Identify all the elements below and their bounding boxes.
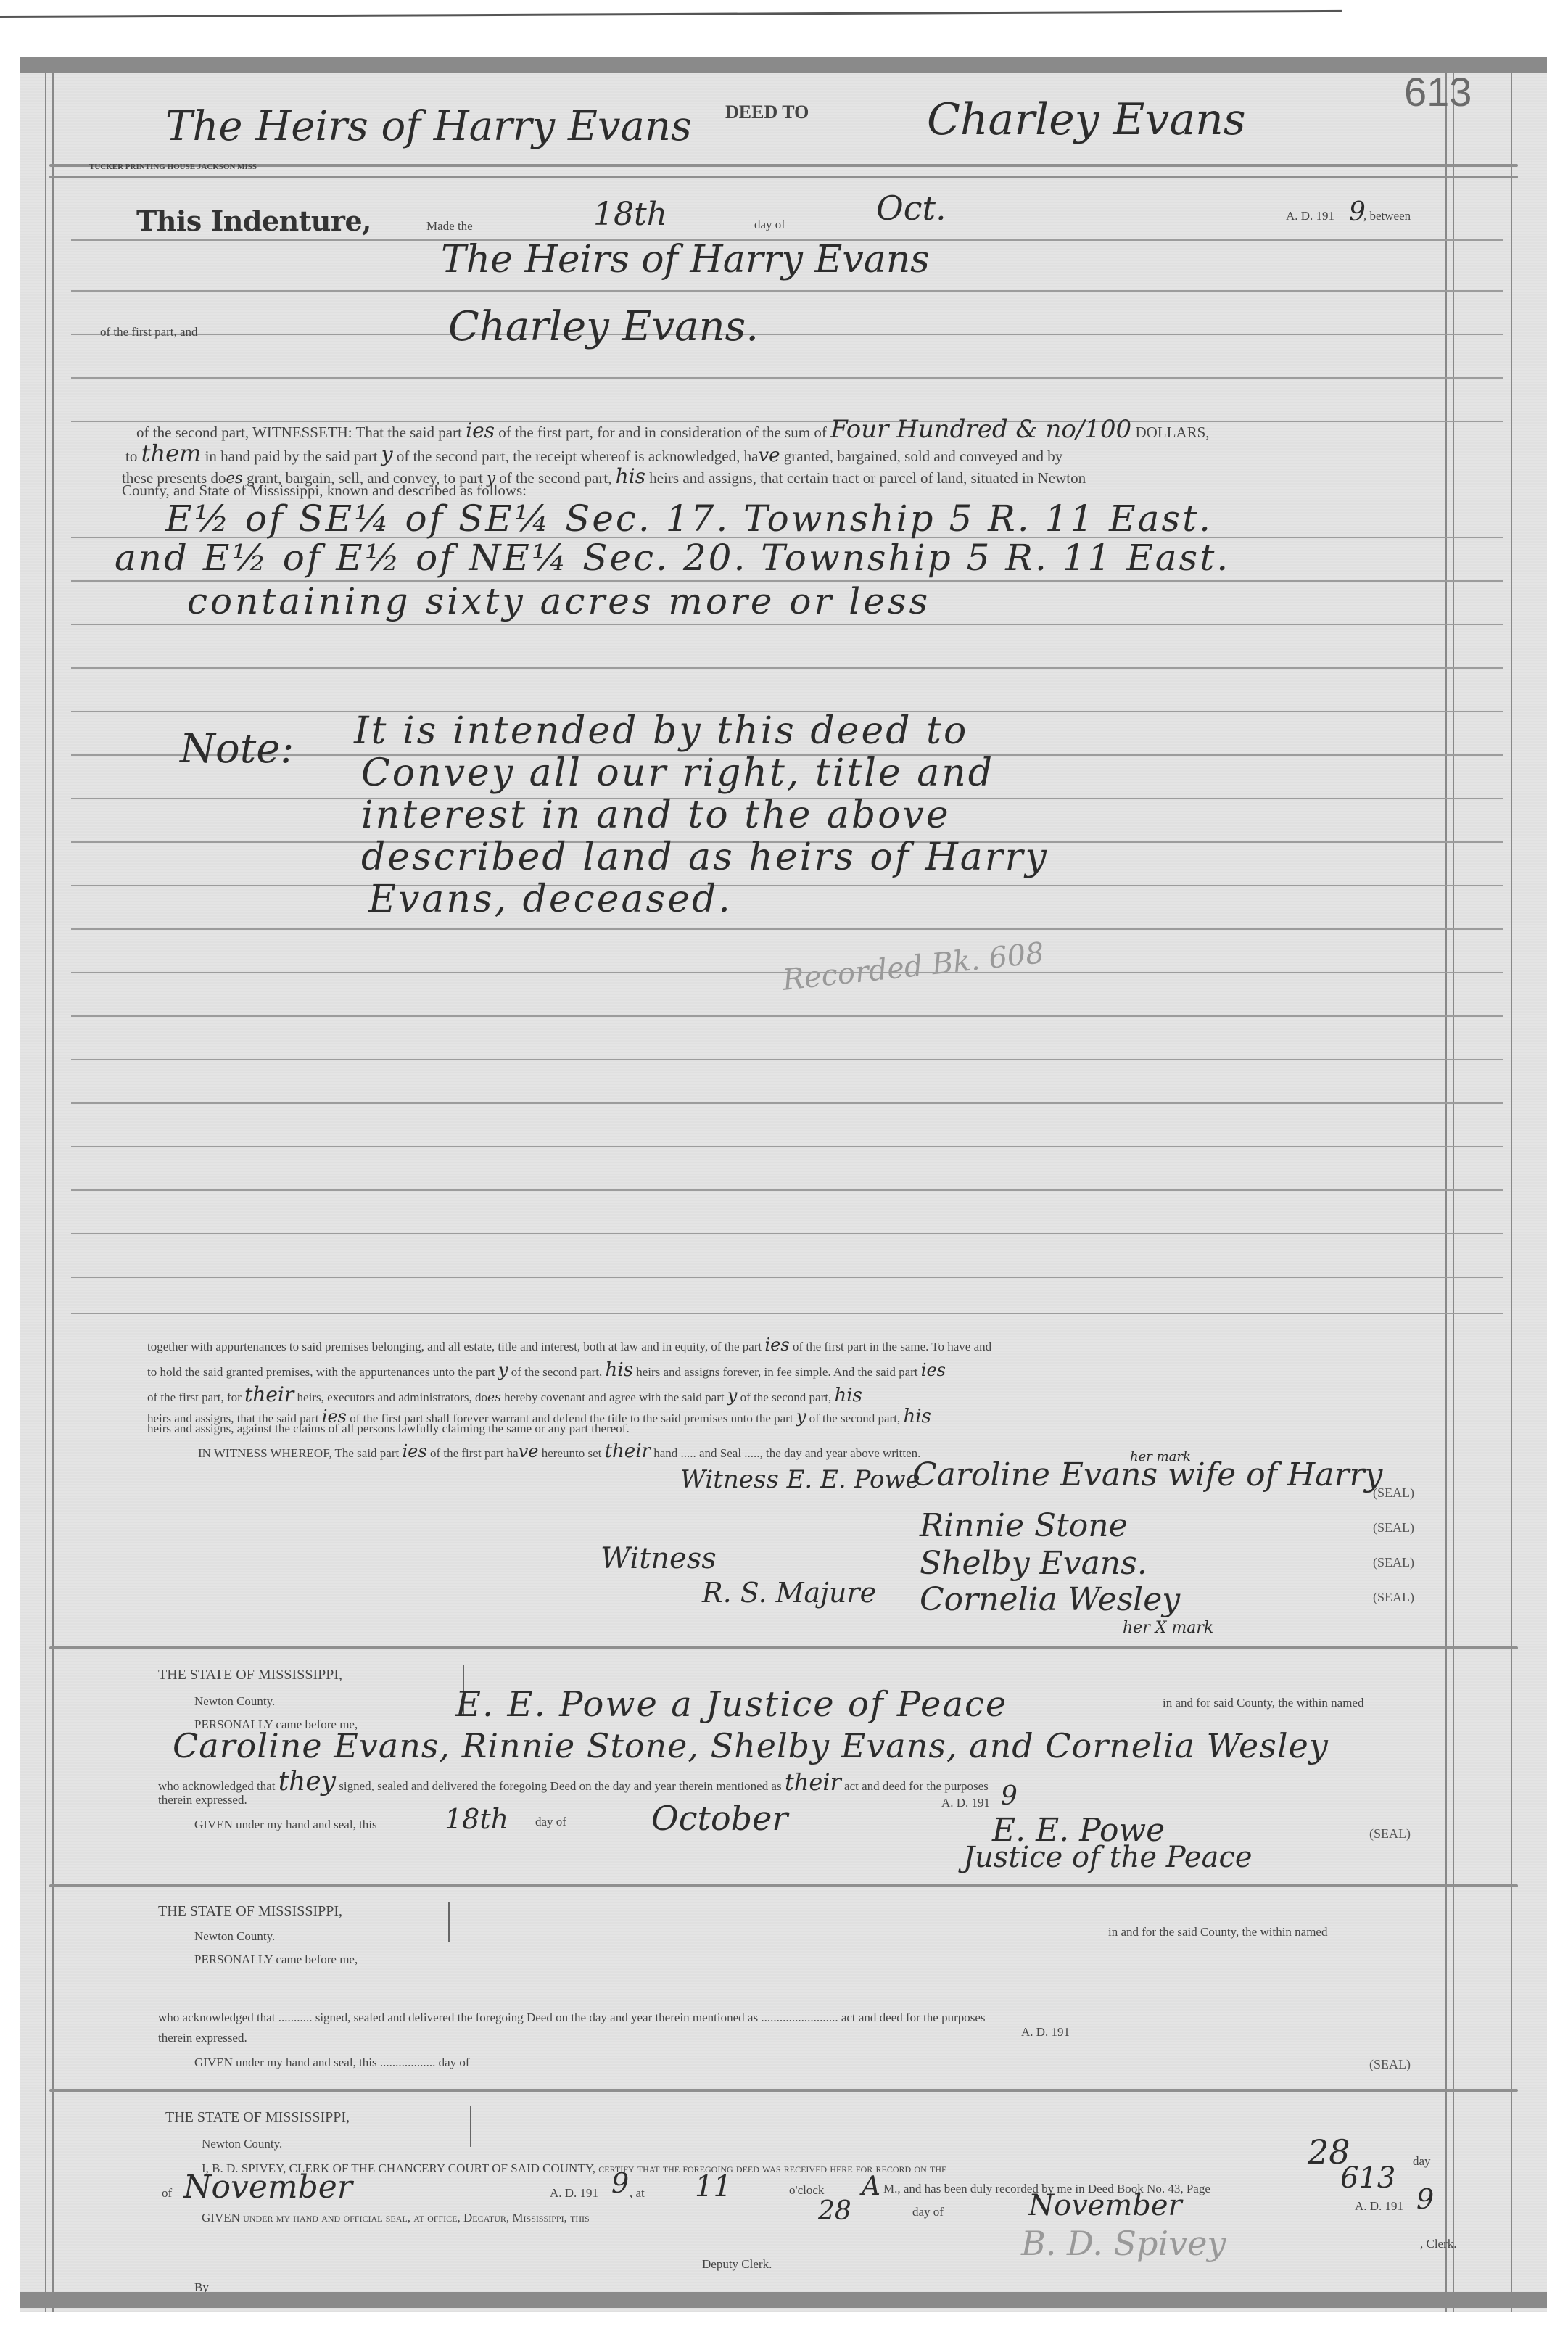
habendum-text: hereby covenant and agree with the said … (504, 1390, 725, 1404)
note-label: Note: (180, 725, 294, 772)
ack1-text: act and deed for the purposes (844, 1779, 989, 1793)
recording-ad: A. D. 191 (550, 2186, 598, 2201)
ruled-line (71, 667, 1503, 669)
between-label: , between (1363, 209, 1411, 223)
habendum-text: of the first part, for (147, 1390, 242, 1404)
ack2-who-ack: who acknowledged that ........... signed… (158, 2011, 986, 2025)
land-description-line-1: E½ of SE¼ of SE¼ Sec. 17. Township 5 R. … (165, 498, 1213, 540)
fill-their: their (785, 1768, 841, 1796)
habendum-text: heirs and assigns forever, in fee simple… (636, 1365, 917, 1379)
witness-2-label: Witness (601, 1542, 717, 1575)
habendum-line-1: together with appurtenances to said prem… (147, 1335, 991, 1355)
ruled-line (71, 885, 1503, 886)
witnesseth-text: heirs and assigns, that certain tract or… (649, 469, 1086, 487)
seal-1: (SEAL) (1373, 1485, 1414, 1501)
ruled-line (71, 290, 1503, 292)
habendum-text: to hold the said granted premises, with … (147, 1365, 495, 1379)
ack2-text: act and deed for the purposes (841, 2011, 986, 2024)
received-day-label: day (1413, 2154, 1431, 2169)
fill-their: their (244, 1382, 294, 1406)
ack2-personally: PERSONALLY came before me, (194, 1953, 358, 1967)
fill-ies: ies (921, 1360, 946, 1380)
ruled-line (71, 334, 1503, 335)
ad-label: A. D. 191 (1286, 209, 1334, 223)
ack1-day: 18th (445, 1803, 508, 1835)
party-first: The Heirs of Harry Evans (441, 238, 930, 281)
ack2-county: Newton County. (194, 1929, 275, 1944)
witnesseth-line2: to them in hand paid by the said part y … (125, 440, 1062, 467)
fill-ies: ies (402, 1441, 426, 1461)
recording-at: , at (630, 2186, 645, 2201)
ack1-day-of: day of (535, 1815, 566, 1829)
note-line-5: Evans, deceased. (368, 878, 733, 921)
recording-day-of: day of (912, 2205, 944, 2219)
ack1-seal: (SEAL) (1369, 1826, 1411, 1842)
fill-their: their (605, 1440, 651, 1462)
habendum-text: together with appurtenances to said prem… (147, 1340, 762, 1353)
printer-imprint: TUCKER PRINTING HOUSE JACKSON MISS (89, 162, 257, 171)
ack2-text: who acknowledged that (158, 2011, 275, 2024)
note-line-4: described land as heirs of Harry (361, 836, 1049, 879)
habendum-text: of the second part, (740, 1390, 832, 1404)
ack2-text: GIVEN under my hand and seal, this (194, 2056, 377, 2069)
ack1-state: THE STATE OF MISSISSIPPI, (158, 1667, 342, 1683)
recording-oclock: o'clock (789, 2183, 824, 2198)
ack1-year-digit: 9 (1001, 1781, 1018, 1811)
ruled-line (71, 928, 1503, 930)
habendum-line-3: of the first part, for their heirs, exec… (147, 1382, 862, 1406)
land-description-line-2: and E½ of E½ of NE¼ Sec. 20. Township 5 … (115, 537, 1230, 579)
recording-given-month: November (1028, 2189, 1182, 2222)
recording-hour: 11 (695, 2170, 732, 2203)
recording-state: THE STATE OF MISSISSIPPI, (165, 2109, 350, 2126)
header-grantee: Charley Evans (927, 94, 1246, 145)
fill-his: his (616, 464, 645, 488)
ruled-line (71, 624, 1503, 625)
ruled-line (71, 1189, 1503, 1191)
seal-2: (SEAL) (1373, 1520, 1414, 1535)
habendum-text: hand ..... and Seal ....., the day and y… (653, 1446, 920, 1460)
ack2-brace (448, 1902, 450, 1942)
fill-y: y (796, 1406, 806, 1427)
land-description-line-3: containing sixty acres more or less (187, 580, 931, 622)
witnesseth-text: granted, bargained, sold and conveyed an… (784, 448, 1063, 465)
witnesseth-text: of the first part, for and in considerat… (498, 424, 827, 441)
note-line-3: interest in and to the above (361, 793, 951, 837)
ack1-names: Caroline Evans, Rinnie Stone, Shelby Eva… (173, 1726, 1329, 1765)
fill-ve: ve (519, 1441, 539, 1461)
made-the-label: Made the (426, 219, 473, 234)
ack1-officer: E. E. Powe a Justice of Peace (455, 1684, 1007, 1725)
recording-county: Newton County. (202, 2137, 282, 2151)
seal-4: (SEAL) (1373, 1590, 1414, 1605)
recording-given-day: 28 (818, 2196, 851, 2226)
habendum-text: of the first part ha (430, 1446, 519, 1460)
section-divider (49, 1884, 1518, 1887)
seal-3: (SEAL) (1373, 1555, 1414, 1570)
ack1-text: who acknowledged that (158, 1779, 275, 1793)
in-witness-line: IN WITNESS WHEREOF, The said part ies of… (198, 1440, 920, 1462)
habendum-text: of the first part in the same. To have a… (793, 1340, 991, 1353)
recording-ad2: A. D. 191 (1355, 2199, 1403, 2214)
deed-to-label: DEED TO (725, 102, 809, 123)
ack2-given: GIVEN under my hand and seal, this .....… (194, 2056, 470, 2070)
fill-his: his (606, 1359, 633, 1381)
ack2-text: signed, sealed and delivered the foregoi… (315, 2011, 758, 2024)
section-divider (49, 2089, 1518, 2092)
ack1-given: GIVEN under my hand and seal, this (194, 1818, 377, 1832)
signature-3: Shelby Evans. (920, 1545, 1147, 1582)
signature-4-mark-note: her X mark (1123, 1619, 1213, 1637)
received-month: November (183, 2169, 352, 2206)
ack1-county: Newton County. (194, 1694, 275, 1709)
signature-1-mark-note: her mark (1130, 1449, 1191, 1464)
habendum-text: IN WITNESS WHEREOF, The said part (198, 1446, 399, 1460)
page-number: 613 (1404, 68, 1472, 115)
deputy-clerk-label: Deputy Clerk. (702, 2257, 772, 2272)
outer-margin-line (1511, 73, 1512, 2312)
recording-of-label: of (162, 2186, 172, 2201)
party-second: Charley Evans. (448, 303, 759, 350)
recording-year-digit-2: 9 (1416, 2183, 1434, 2215)
right-margin-line-inner (1453, 73, 1454, 2312)
clerk-signature: B. D. Spivey (1021, 2224, 1226, 2263)
ack2-in-and-for: in and for the said County, the within n… (1108, 1925, 1327, 1939)
ruled-line (71, 1146, 1503, 1147)
witnesseth-text: of the second part, WITNESSETH: That the… (136, 424, 462, 441)
ruled-line (71, 1102, 1503, 1104)
witnesseth-text: ha (744, 448, 759, 465)
ruled-line (71, 1059, 1503, 1060)
ack2-ad: A. D. 191 (1021, 2025, 1070, 2040)
day-of-label: day of (754, 218, 785, 232)
left-margin-line-inner (52, 73, 54, 2312)
ack1-signer-title: Justice of the Peace (963, 1841, 1253, 1874)
ruled-line (71, 377, 1503, 379)
recording-year-digit: 9 (611, 2167, 629, 2199)
header-band (49, 164, 1518, 167)
right-margin-line (1445, 73, 1447, 2312)
header-band-lower (49, 176, 1518, 178)
ack1-ad: A. D. 191 (941, 1796, 990, 1810)
habendum-line-5: heirs and assigns, against the claims of… (147, 1422, 630, 1436)
habendum-text: hereunto set (542, 1446, 602, 1460)
recording-given: GIVEN under my hand and official seal, a… (202, 2211, 590, 2225)
habendum-text: heirs, executors and administrators, do (297, 1390, 488, 1404)
note-line-1: It is intended by this deed to (354, 709, 968, 753)
fill-they: they (278, 1767, 336, 1797)
ruled-line (71, 1015, 1503, 1017)
deed-record-page: 613 The Heirs of Harry Evans DEED TO Cha… (20, 57, 1547, 2312)
recording-page: 613 (1340, 2161, 1395, 2195)
fill-y: y (498, 1360, 508, 1380)
witness-2-name: R. S. Majure (702, 1577, 876, 1609)
witnesseth-text: in hand paid by the said part (205, 448, 378, 465)
note-line-2: Convey all our right, title and (361, 751, 994, 795)
section-divider (49, 1646, 1518, 1649)
page-bottom-edge (20, 2292, 1547, 2308)
recording-meridiem: A (862, 2172, 880, 2201)
habendum-text: of the second part, (511, 1365, 603, 1379)
clerk-label: , Clerk. (1420, 2237, 1457, 2251)
habendum-line-2: to hold the said granted premises, with … (147, 1359, 946, 1381)
faint-annotation: Recorded Bk. 608 (781, 936, 1046, 997)
indenture-month: Oct. (876, 189, 946, 228)
fill-ies: ies (765, 1335, 790, 1355)
witnesseth-text: of the second part, the receipt whereof … (397, 448, 740, 465)
ruled-line (71, 1313, 1503, 1314)
of-first-part-label: of the first part, and (100, 325, 198, 339)
signature-2: Rinnie Stone (920, 1507, 1128, 1544)
fill-them: them (141, 440, 202, 467)
fill-his: his (903, 1406, 931, 1427)
recording-brace (470, 2106, 471, 2147)
ack1-month: October (651, 1799, 788, 1838)
header-grantor: The Heirs of Harry Evans (165, 103, 692, 150)
dollars-label: DOLLARS, (1135, 424, 1209, 441)
ack2-therein: therein expressed. (158, 2031, 247, 2045)
indenture-day: 18th (593, 196, 667, 233)
ack1-in-and-for: in and for said County, the within named (1163, 1696, 1363, 1710)
fill-y: y (727, 1385, 738, 1406)
fill-y: y (381, 442, 393, 466)
ack2-text: day of (439, 2056, 470, 2069)
fill-es: es (487, 1390, 501, 1405)
fill-his: his (834, 1385, 862, 1406)
ack1-text: signed, sealed and delivered the foregoi… (339, 1779, 781, 1793)
ruled-line (71, 1233, 1503, 1234)
indenture-title: This Indenture, (136, 205, 371, 237)
left-margin-line (45, 73, 46, 2312)
ack2-state: THE STATE OF MISSISSIPPI, (158, 1903, 342, 1920)
witnesseth-text: to (125, 448, 137, 465)
witness-1: Witness E. E. Powe (680, 1465, 920, 1494)
scan-edge-line (0, 10, 1342, 18)
fill-ve: ve (758, 445, 780, 466)
ack1-therein: therein expressed. (158, 1793, 247, 1807)
ack2-seal: (SEAL) (1369, 2057, 1411, 2072)
habendum-text: of the second part, (809, 1411, 901, 1425)
ack1-who-ack: who acknowledged that they signed, seale… (158, 1767, 989, 1797)
ruled-line (71, 1277, 1503, 1278)
signature-4: Cornelia Wesley (920, 1581, 1180, 1618)
